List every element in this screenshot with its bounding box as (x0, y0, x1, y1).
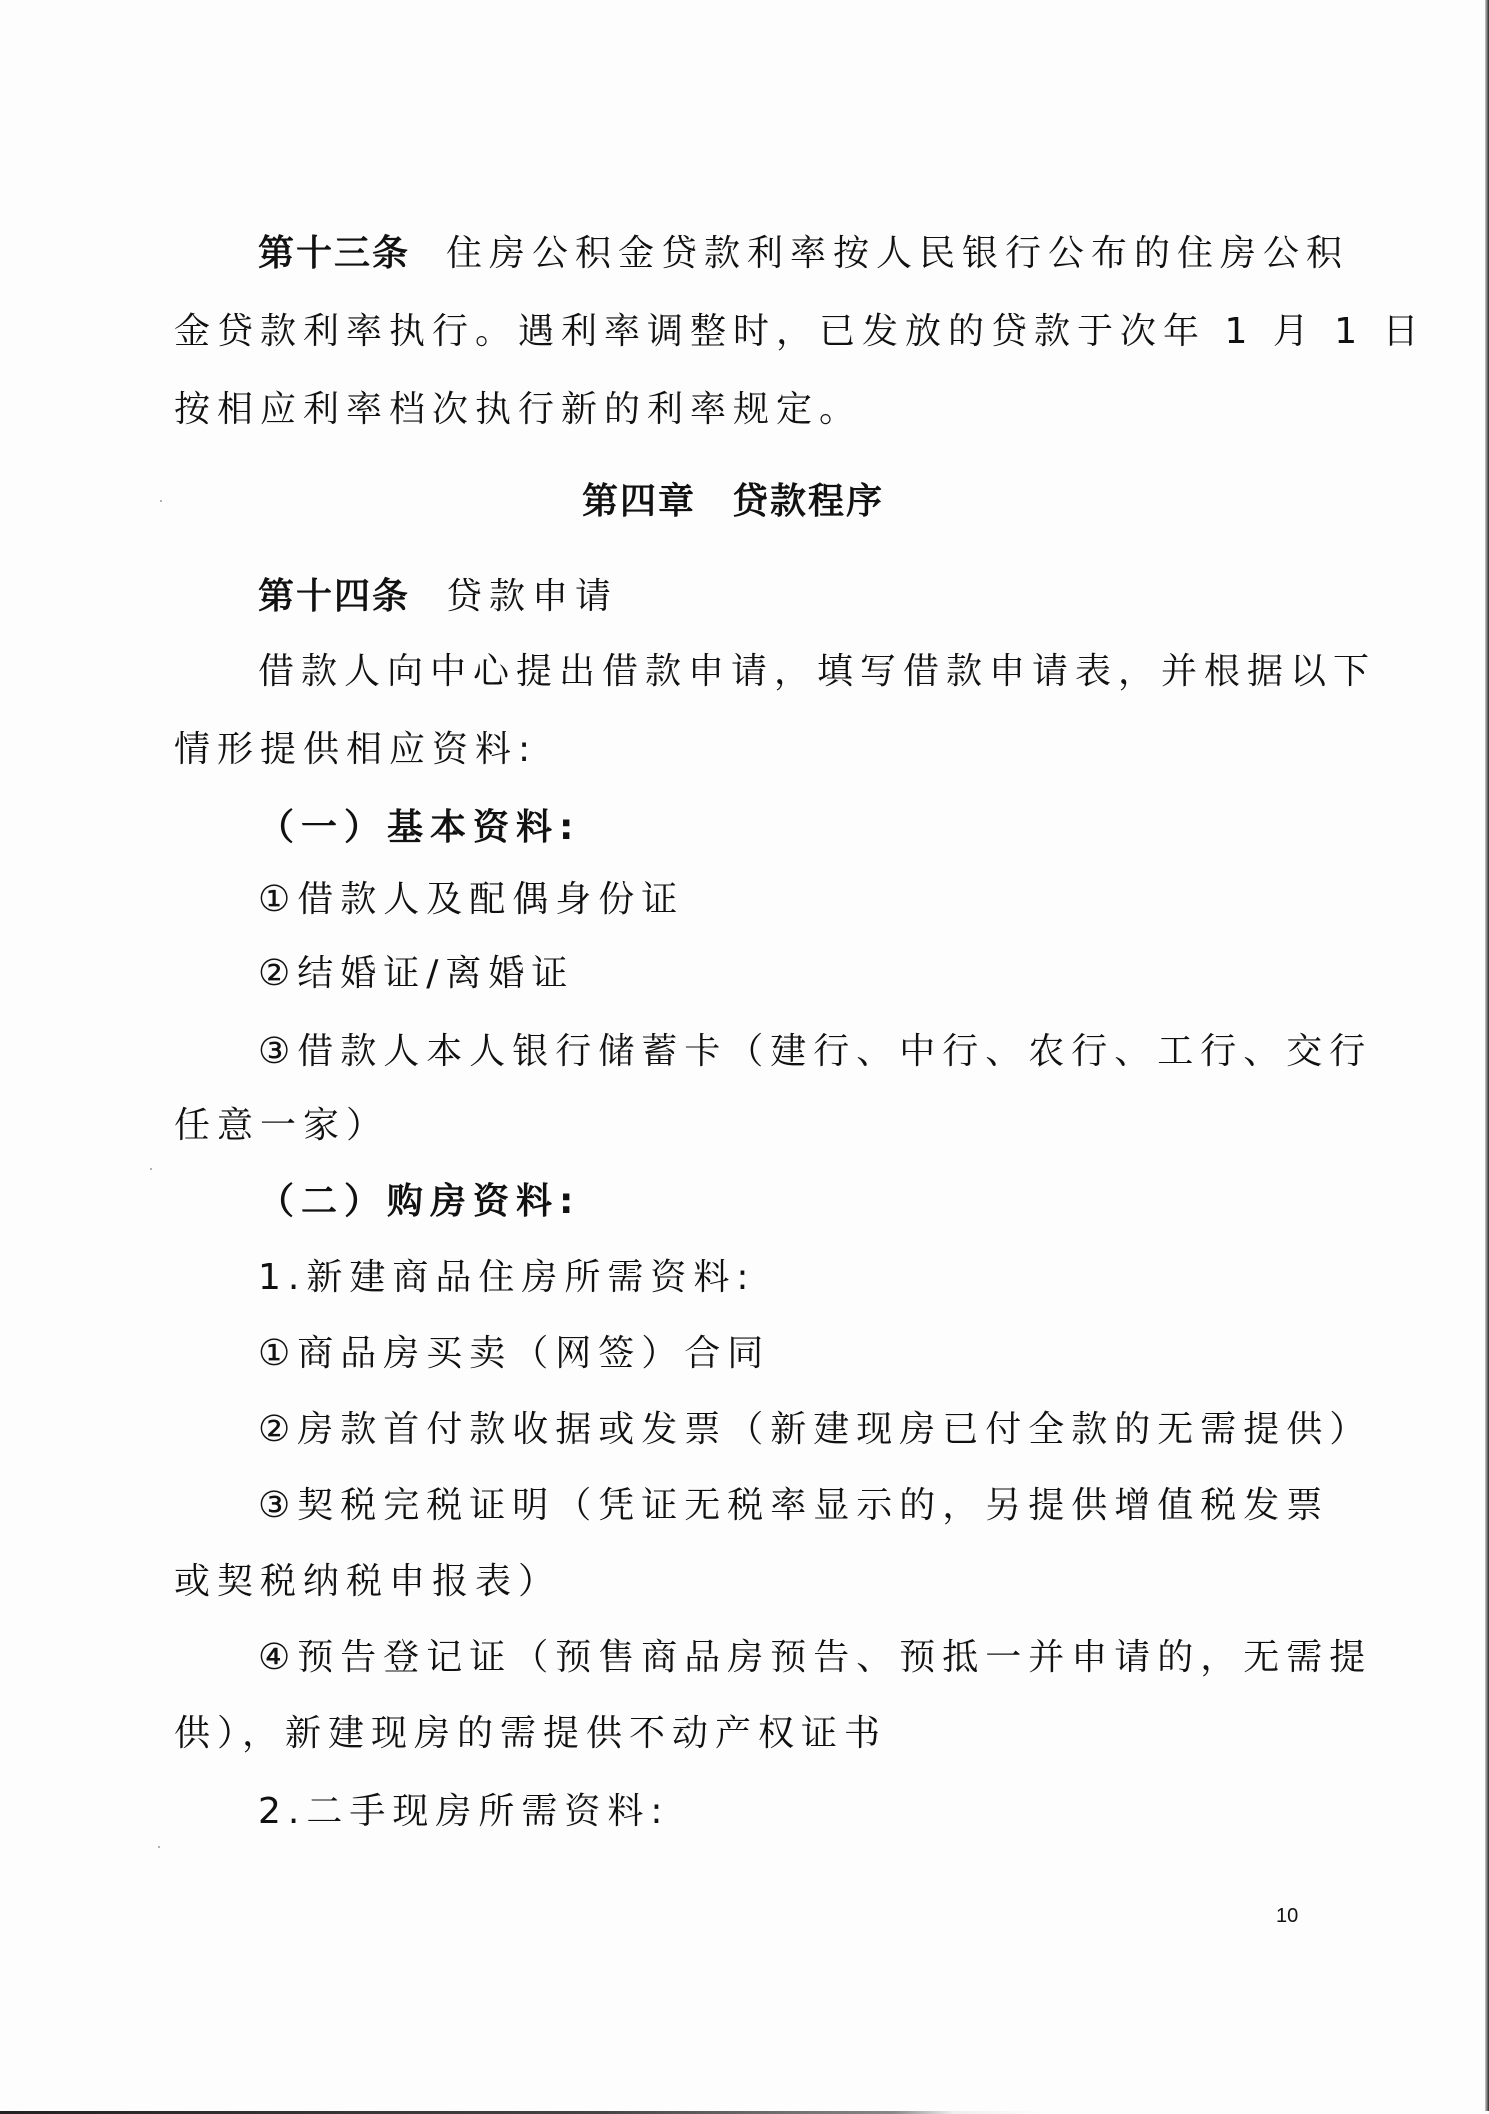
chapter-number: 第四章 (582, 481, 696, 522)
sub1-item-3: ③契税完税证明（凭证无税率显示的，另提供增值税发票 (258, 1484, 1329, 1528)
article-14-intro-line-1: 借款人向中心提出借款申请，填写借款申请表，并根据以下 (258, 650, 1376, 694)
article-13-label: 第十三条 (258, 233, 410, 274)
article-14-intro-line-2: 情形提供相应资料: (174, 728, 537, 772)
section-purchase-heading: （二）购房资料: (258, 1180, 580, 1224)
article-13-line-3: 按相应利率档次执行新的利率规定。 (174, 388, 862, 432)
article-14-heading: 第十四条贷款申请 (258, 575, 618, 619)
scan-speck (160, 500, 162, 502)
basic-item-3: ③借款人本人银行储蓄卡（建行、中行、农行、工行、交行 (258, 1030, 1372, 1074)
basic-item-2: ②结婚证/离婚证 (258, 952, 574, 996)
basic-item-1: ①借款人及配偶身份证 (258, 878, 684, 922)
article-14-title: 贷款申请 (446, 576, 618, 617)
sub1-item-1: ①商品房买卖（网签）合同 (258, 1332, 770, 1376)
sub1-item-4: ④预告登记证（预售商品房预告、预抵一并申请的，无需提 (258, 1636, 1372, 1680)
sub1-item-4-cont: 供），新建现房的需提供不动产权证书 (174, 1712, 887, 1756)
scan-edge-right (1485, 0, 1489, 2114)
sub1-item-2: ②房款首付款收据或发票（新建现房已付全款的无需提供） (258, 1408, 1372, 1452)
sub2-heading: 2.二手现房所需资料: (258, 1790, 669, 1834)
chapter-title: 贷款程序 (732, 481, 884, 522)
article-13-line-1: 第十三条住房公积金贷款利率按人民银行公布的住房公积 (258, 232, 1349, 276)
page-number: 10 (1276, 1904, 1298, 1928)
article-13-text-1: 住房公积金贷款利率按人民银行公布的住房公积 (446, 233, 1349, 274)
chapter-heading: 第四章贷款程序 (582, 480, 884, 524)
article-13-line-2: 金贷款利率执行。遇利率调整时，已发放的贷款于次年 1 月 1 日 (174, 310, 1426, 354)
article-14-label: 第十四条 (258, 576, 410, 617)
sub1-item-3-cont: 或契税纳税申报表） (174, 1560, 561, 1604)
scan-speck (158, 1846, 160, 1848)
basic-item-3-cont: 任意一家） (174, 1104, 389, 1148)
scan-speck (150, 1168, 152, 1170)
document-page: 第十三条住房公积金贷款利率按人民银行公布的住房公积 金贷款利率执行。遇利率调整时… (0, 0, 1489, 2114)
section-basic-heading: （一）基本资料: (258, 806, 580, 850)
sub1-heading: 1.新建商品住房所需资料: (258, 1256, 755, 1300)
